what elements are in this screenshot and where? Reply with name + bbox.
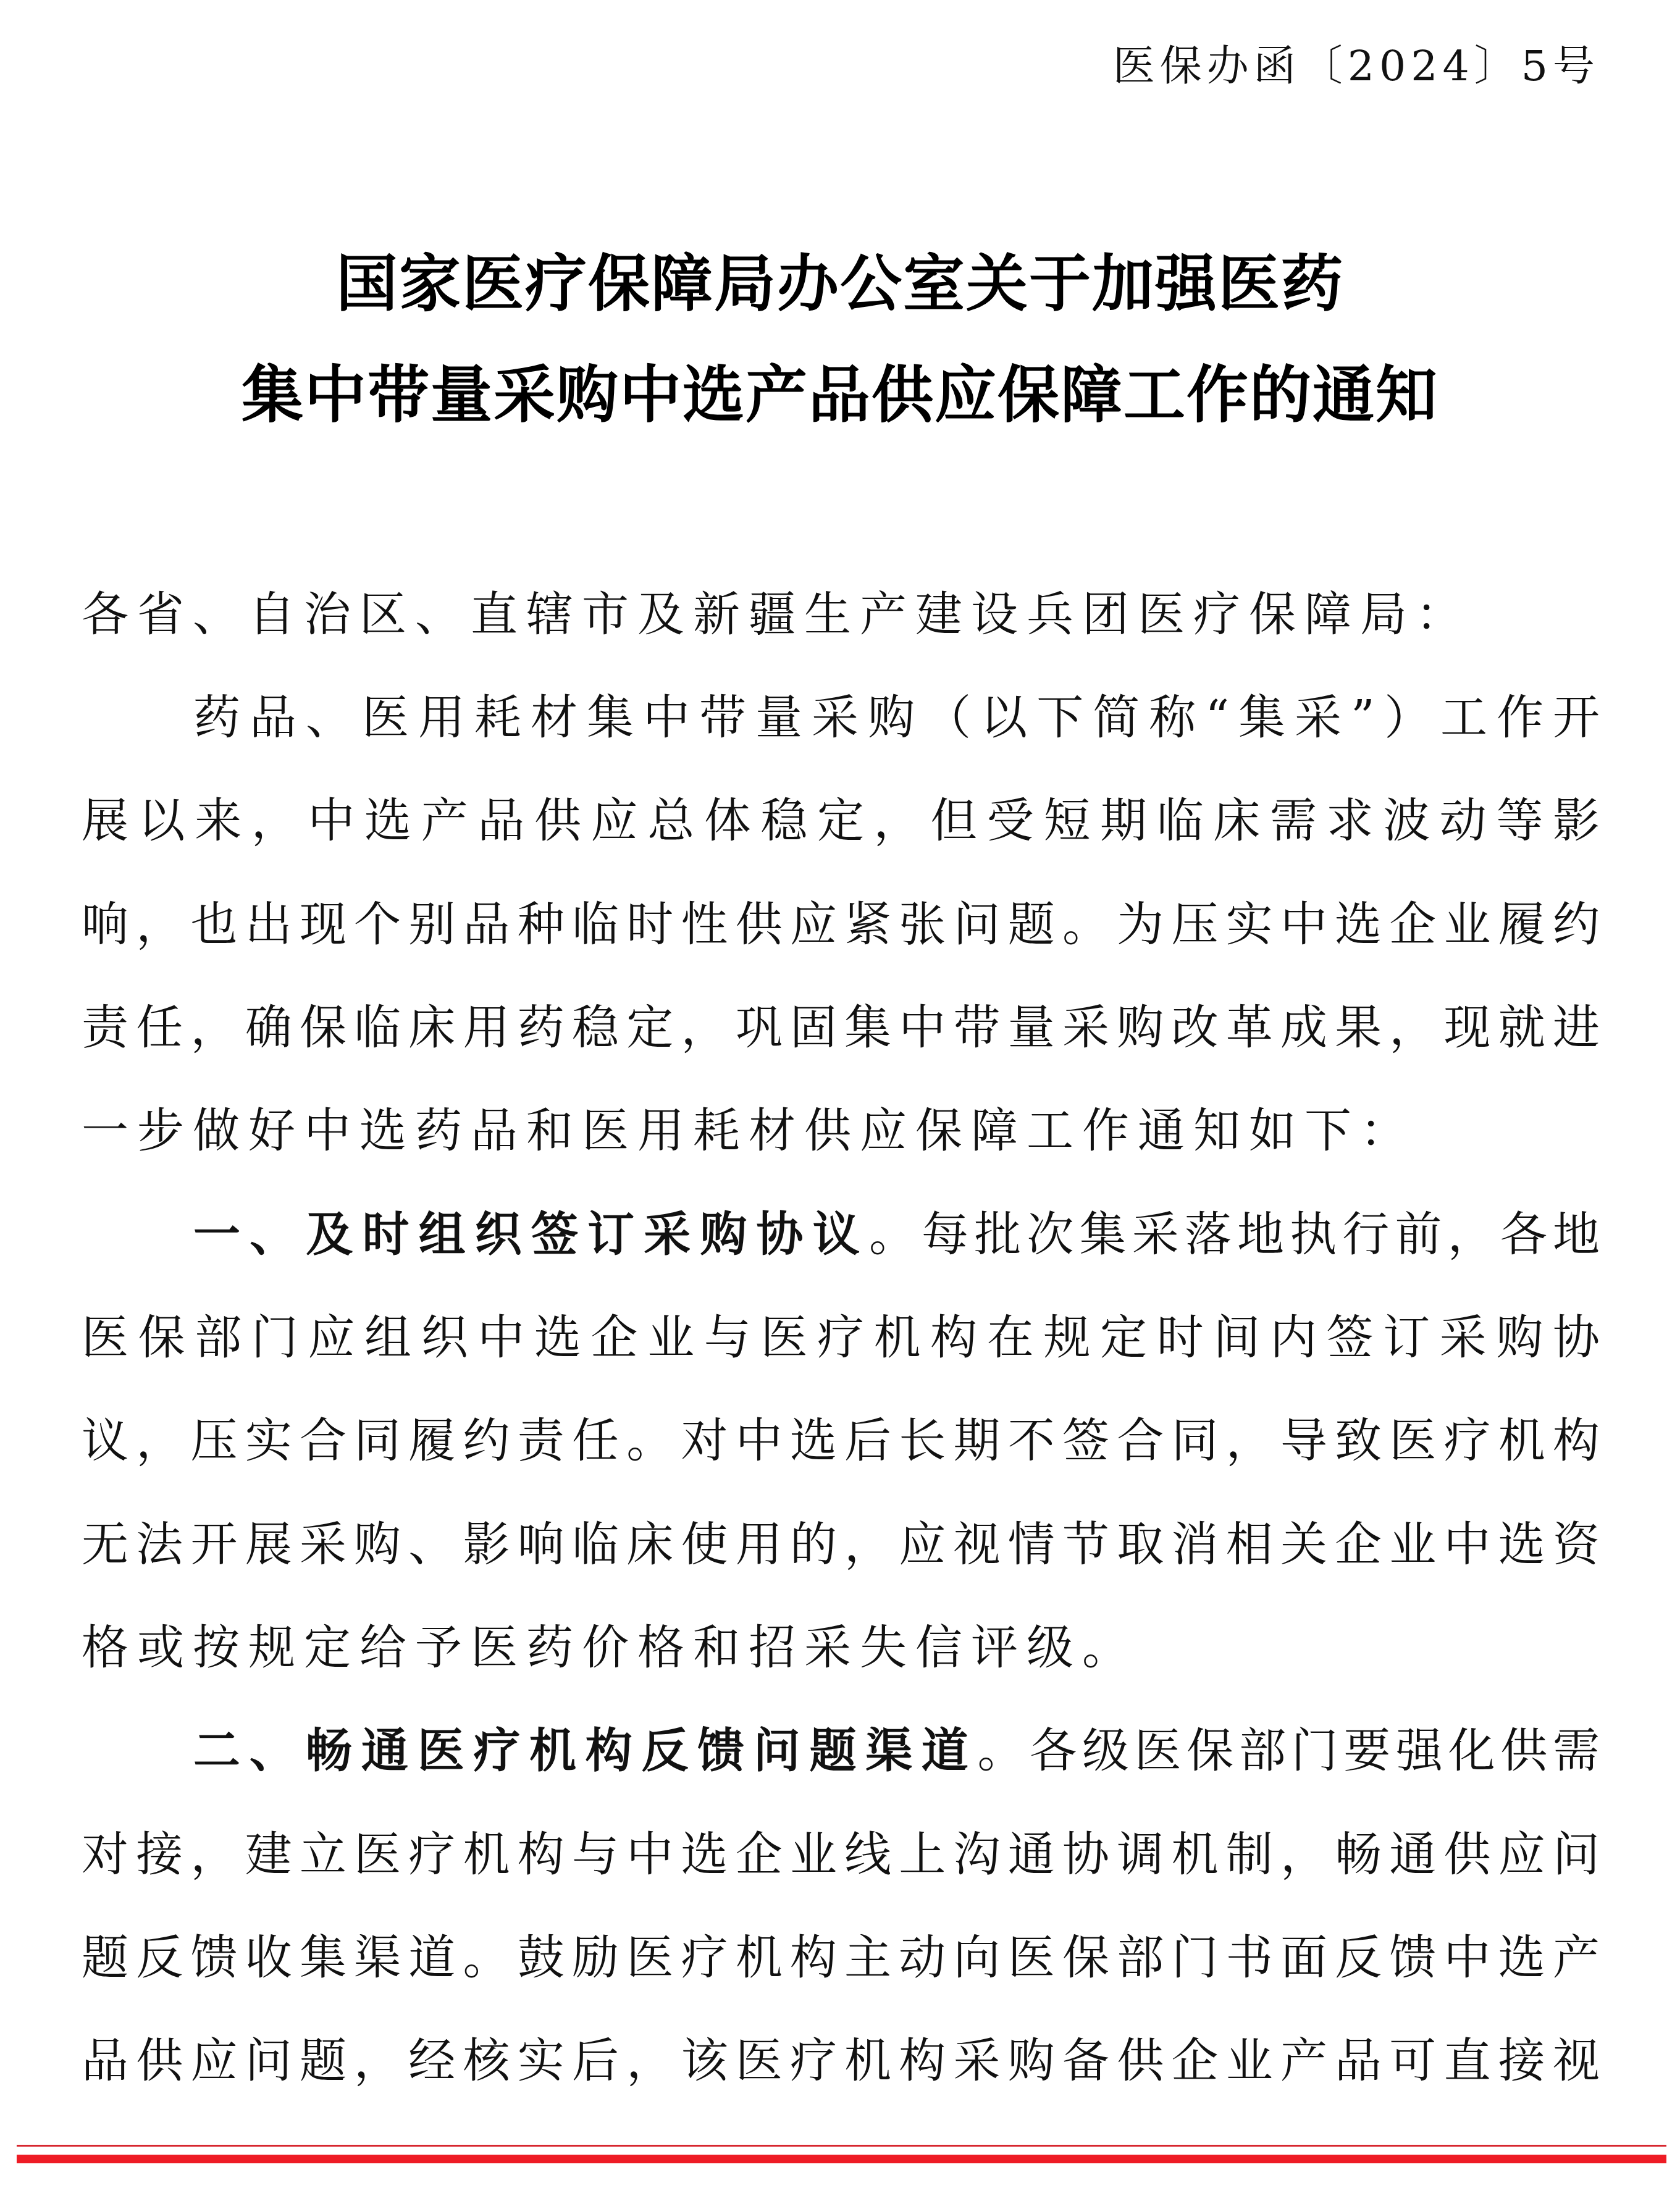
section-1-first-line-text: 。每批次集采落地执行前，各地 [869,1207,1600,1262]
intro-line-5: 一步做好中选药品和医用耗材供应保障工作通知如下： [82,1079,1600,1182]
salutation: 各省、自治区、直辖市及新疆生产建设兵团医疗保障局： [82,563,1600,666]
section-2-first-line: 二、畅通医疗机构反馈问题渠道。各级医保部门要强化供需 [193,1699,1600,1802]
section-2-line-2: 对接，建立医疗机构与中选企业线上沟通协调机制，畅通供应问 [82,1803,1600,1906]
document-page: 医保办函〔2024〕5号 国家医疗保障局办公室关于加强医药 集中带量采购中选产品… [0,0,1680,2209]
intro-line-3: 响，也出现个别品种临时性供应紧张问题。为压实中选企业履约 [82,873,1600,976]
section-1-line-3: 议，压实合同履约责任。对中选后长期不签合同，导致医疗机构 [82,1389,1600,1492]
intro-line-1: 药品、医用耗材集中带量采购（以下简称“集采”）工作开 [193,666,1600,769]
footer-red-rule-thin [17,2145,1666,2147]
footer-red-rule-thick [17,2155,1666,2163]
document-number: 医保办函〔2024〕5号 [1078,36,1600,98]
document-title-line-1: 国家医疗保障局办公室关于加强医药 [0,228,1680,339]
section-1-line-5: 格或按规定给予医药价格和招采失信评级。 [82,1596,1600,1699]
section-1-first-line: 一、及时组织签订采购协议。每批次集采落地执行前，各地 [193,1183,1600,1286]
section-1-heading: 一、及时组织签订采购协议 [193,1207,869,1262]
document-title-line-2: 集中带量采购中选产品供应保障工作的通知 [0,339,1680,450]
section-1-line-4: 无法开展采购、影响临床使用的，应视情节取消相关企业中选资 [82,1493,1600,1596]
section-2-line-3: 题反馈收集渠道。鼓励医疗机构主动向医保部门书面反馈中选产 [82,1906,1600,2009]
section-2-heading: 二、畅通医疗机构反馈问题渠道 [193,1723,978,1778]
intro-line-2: 展以来，中选产品供应总体稳定，但受短期临床需求波动等影 [82,769,1600,872]
intro-line-4: 责任，确保临床用药稳定，巩固集中带量采购改革成果，现就进 [82,976,1600,1079]
section-2-first-line-text: 。各级医保部门要强化供需 [978,1723,1600,1778]
section-1-line-2: 医保部门应组织中选企业与医疗机构在规定时间内签订采购协 [82,1286,1600,1389]
section-2-line-4: 品供应问题，经核实后，该医疗机构采购备供企业产品可直接视 [82,2009,1600,2112]
